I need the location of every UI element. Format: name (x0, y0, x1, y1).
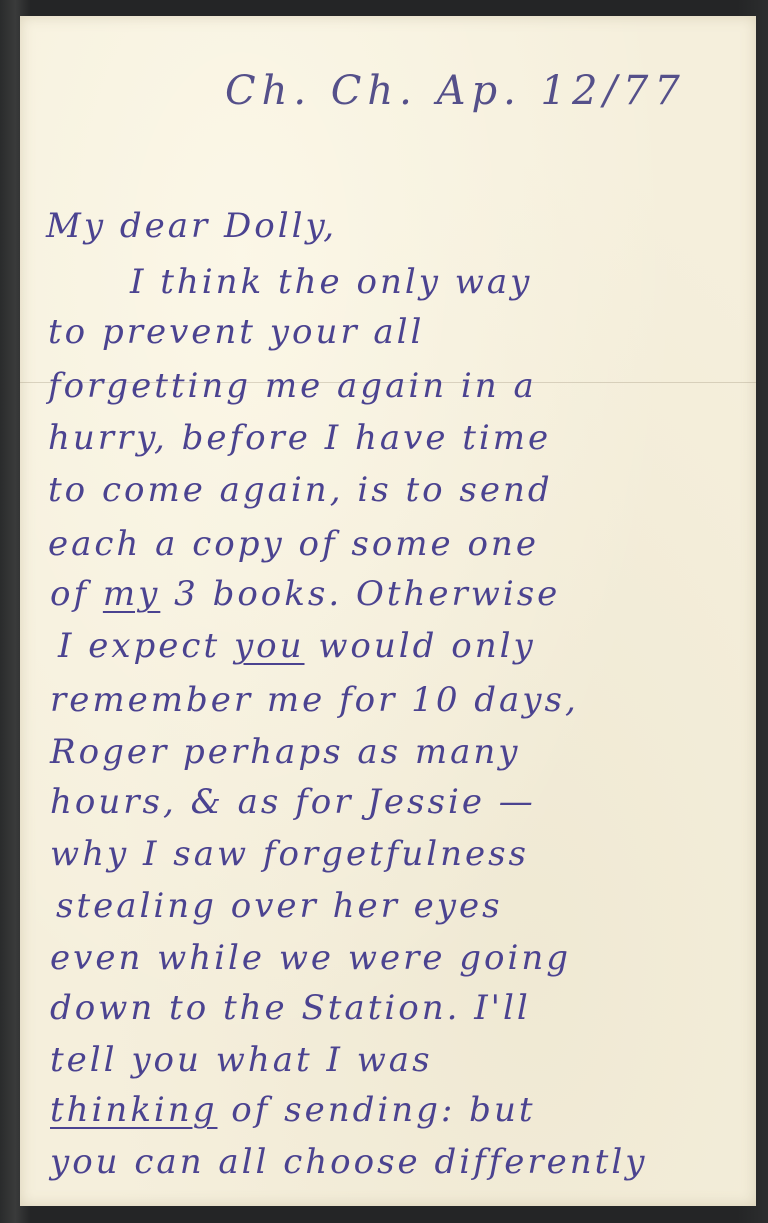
letter-line: each a copy of some one (48, 524, 539, 564)
line-text: of (50, 574, 103, 614)
letter-line: Roger perhaps as many (50, 732, 521, 772)
letter-line: hurry, before I have time (48, 418, 551, 458)
letter-line: I expect you would only (58, 626, 536, 666)
scanned-letter: Ch. Ch. Ap. 12/77 My dear Dolly, I think… (0, 0, 768, 1223)
letter-line: you can all choose differently (50, 1142, 647, 1182)
letter-line: remember me for 10 days, (50, 680, 579, 720)
letter-line: thinking of sending: but (50, 1090, 536, 1130)
letter-line: down to the Station. I'll (50, 988, 531, 1028)
letter-line: hours, & as for Jessie — (50, 782, 536, 822)
letter-paper: Ch. Ch. Ap. 12/77 My dear Dolly, I think… (20, 16, 756, 1206)
line-text: I expect (58, 626, 234, 666)
line-text: would only (305, 626, 536, 666)
underlined-word: you (234, 626, 305, 666)
letter-dateline: Ch. Ch. Ap. 12/77 (225, 68, 686, 114)
line-text: of sending: but (217, 1090, 535, 1130)
underlined-word: thinking (50, 1090, 217, 1130)
letter-line: stealing over her eyes (56, 886, 503, 926)
letter-line: tell you what I was (50, 1040, 433, 1080)
letter-line: to come again, is to send (48, 470, 553, 510)
letter-place: Ch. Ch. (225, 68, 418, 114)
letter-line: to prevent your all (48, 312, 424, 352)
letter-line: even while we were going (50, 938, 571, 978)
underlined-word: my (103, 574, 160, 614)
letter-date: Ap. 12/77 (437, 68, 686, 114)
letter-line: of my 3 books. Otherwise (50, 574, 560, 614)
line-text: 3 books. Otherwise (160, 574, 560, 614)
letter-line: forgetting me again in a (48, 366, 537, 406)
letter-salutation: My dear Dolly, (46, 206, 337, 246)
letter-line: why I saw forgetfulness (50, 834, 529, 874)
letter-line: I think the only way (130, 262, 532, 302)
